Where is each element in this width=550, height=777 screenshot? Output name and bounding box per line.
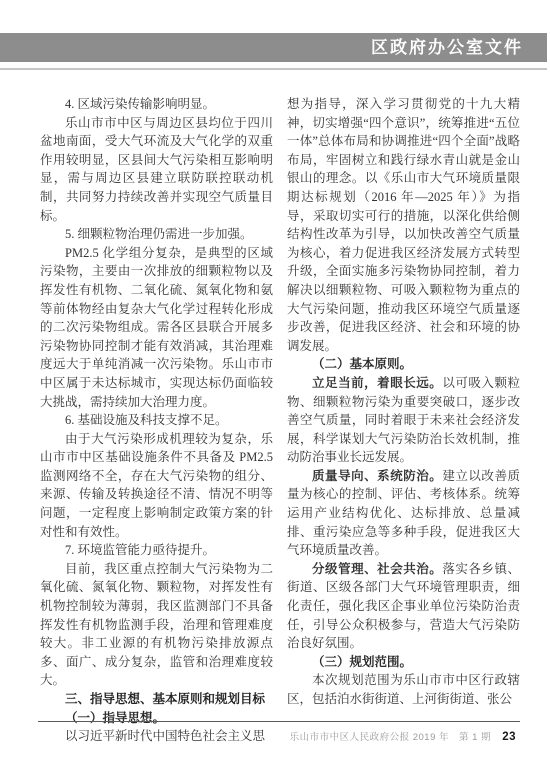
paragraph: （二）基本原则。 <box>287 355 520 374</box>
paragraph: 目前，我区重点控制大气污染物为二氧化硫、氮氧化物、颗粒物，对挥发性有机物控制较为… <box>40 560 273 690</box>
paragraph: 分级管理、社会共治。落实各乡镇、街道、区级各部门大气环境管理职责，细化责任，强化… <box>287 560 520 653</box>
page-number: 23 <box>502 731 516 743</box>
paragraph-lead: 立足当前，着眼长远。 <box>312 376 442 390</box>
header-band: 区政府办公室文件 <box>0 33 547 62</box>
paragraph-lead: 质量导向、系统防治。 <box>312 469 442 483</box>
paragraph: 想为指导，深入学习贯彻党的十九大精神，切实增强“四个意识”，统筹推进“五位一体”… <box>287 95 520 355</box>
paragraph: 质量导向、系统防治。建立以改善质量为核心的控制、评估、考核体系。统筹运用产业结构… <box>287 467 520 560</box>
paragraph: 乐山市市中区与周边区县均位于四川盆地南面，受大气环流及大气化学的双重作用较明显，… <box>40 114 273 226</box>
paragraph: 由于大气污染形成机理较为复杂，乐山市市中区基础设施条件不具备及 PM2.5 监测… <box>40 430 273 542</box>
document-body: 4. 区域污染传输影响明显。乐山市市中区与周边区县均位于四川盆地南面，受大气环流… <box>40 95 520 746</box>
paragraph-lead: 分级管理、社会共治。 <box>312 562 442 576</box>
paragraph: PM2.5 化学组分复杂，是典型的区域污染物，主要由一次排放的细颗粒物以及挥发性… <box>40 244 273 411</box>
paragraph: 本次规划范围为乐山市市中区行政辖区，包括泊水街街道、上河街街道、张公 <box>287 671 520 708</box>
footer: 乐山市市中区人民政府公报 2019 年 第 1 期 23 <box>290 729 516 743</box>
paragraph: （三）规划范围。 <box>287 653 520 672</box>
column-right: 想为指导，深入学习贯彻党的十九大精神，切实增强“四个意识”，统筹推进“五位一体”… <box>287 95 520 746</box>
header-band-label: 区政府办公室文件 <box>371 38 523 57</box>
paragraph: 7. 环境监管能力亟待提升。 <box>40 541 273 560</box>
column-left: 4. 区域污染传输影响明显。乐山市市中区与周边区县均位于四川盆地南面，受大气环流… <box>40 95 273 746</box>
paragraph: 4. 区域污染传输影响明显。 <box>40 95 273 114</box>
document-page: 区政府办公室文件 4. 区域污染传输影响明显。乐山市市中区与周边区县均位于四川盆… <box>0 0 550 777</box>
header-underline <box>0 68 547 70</box>
footer-divider <box>38 721 520 722</box>
paragraph: （一）指导思想。 <box>40 709 273 728</box>
footer-journal-text: 乐山市市中区人民政府公报 2019 年 第 1 期 <box>290 732 491 743</box>
paragraph: 6. 基础设施及科技支撑不足。 <box>40 411 273 430</box>
paragraph: 以习近平新时代中国特色社会主义思 <box>40 727 273 746</box>
paragraph: 5. 细颗粒物治理仍需进一步加强。 <box>40 225 273 244</box>
paragraph: 立足当前，着眼长远。以可吸入颗粒物、细颗粒物污染为重要突破口，逐步改善空气质量，… <box>287 374 520 467</box>
paragraph: 三、指导思想、基本原则和规划目标 <box>40 690 273 709</box>
